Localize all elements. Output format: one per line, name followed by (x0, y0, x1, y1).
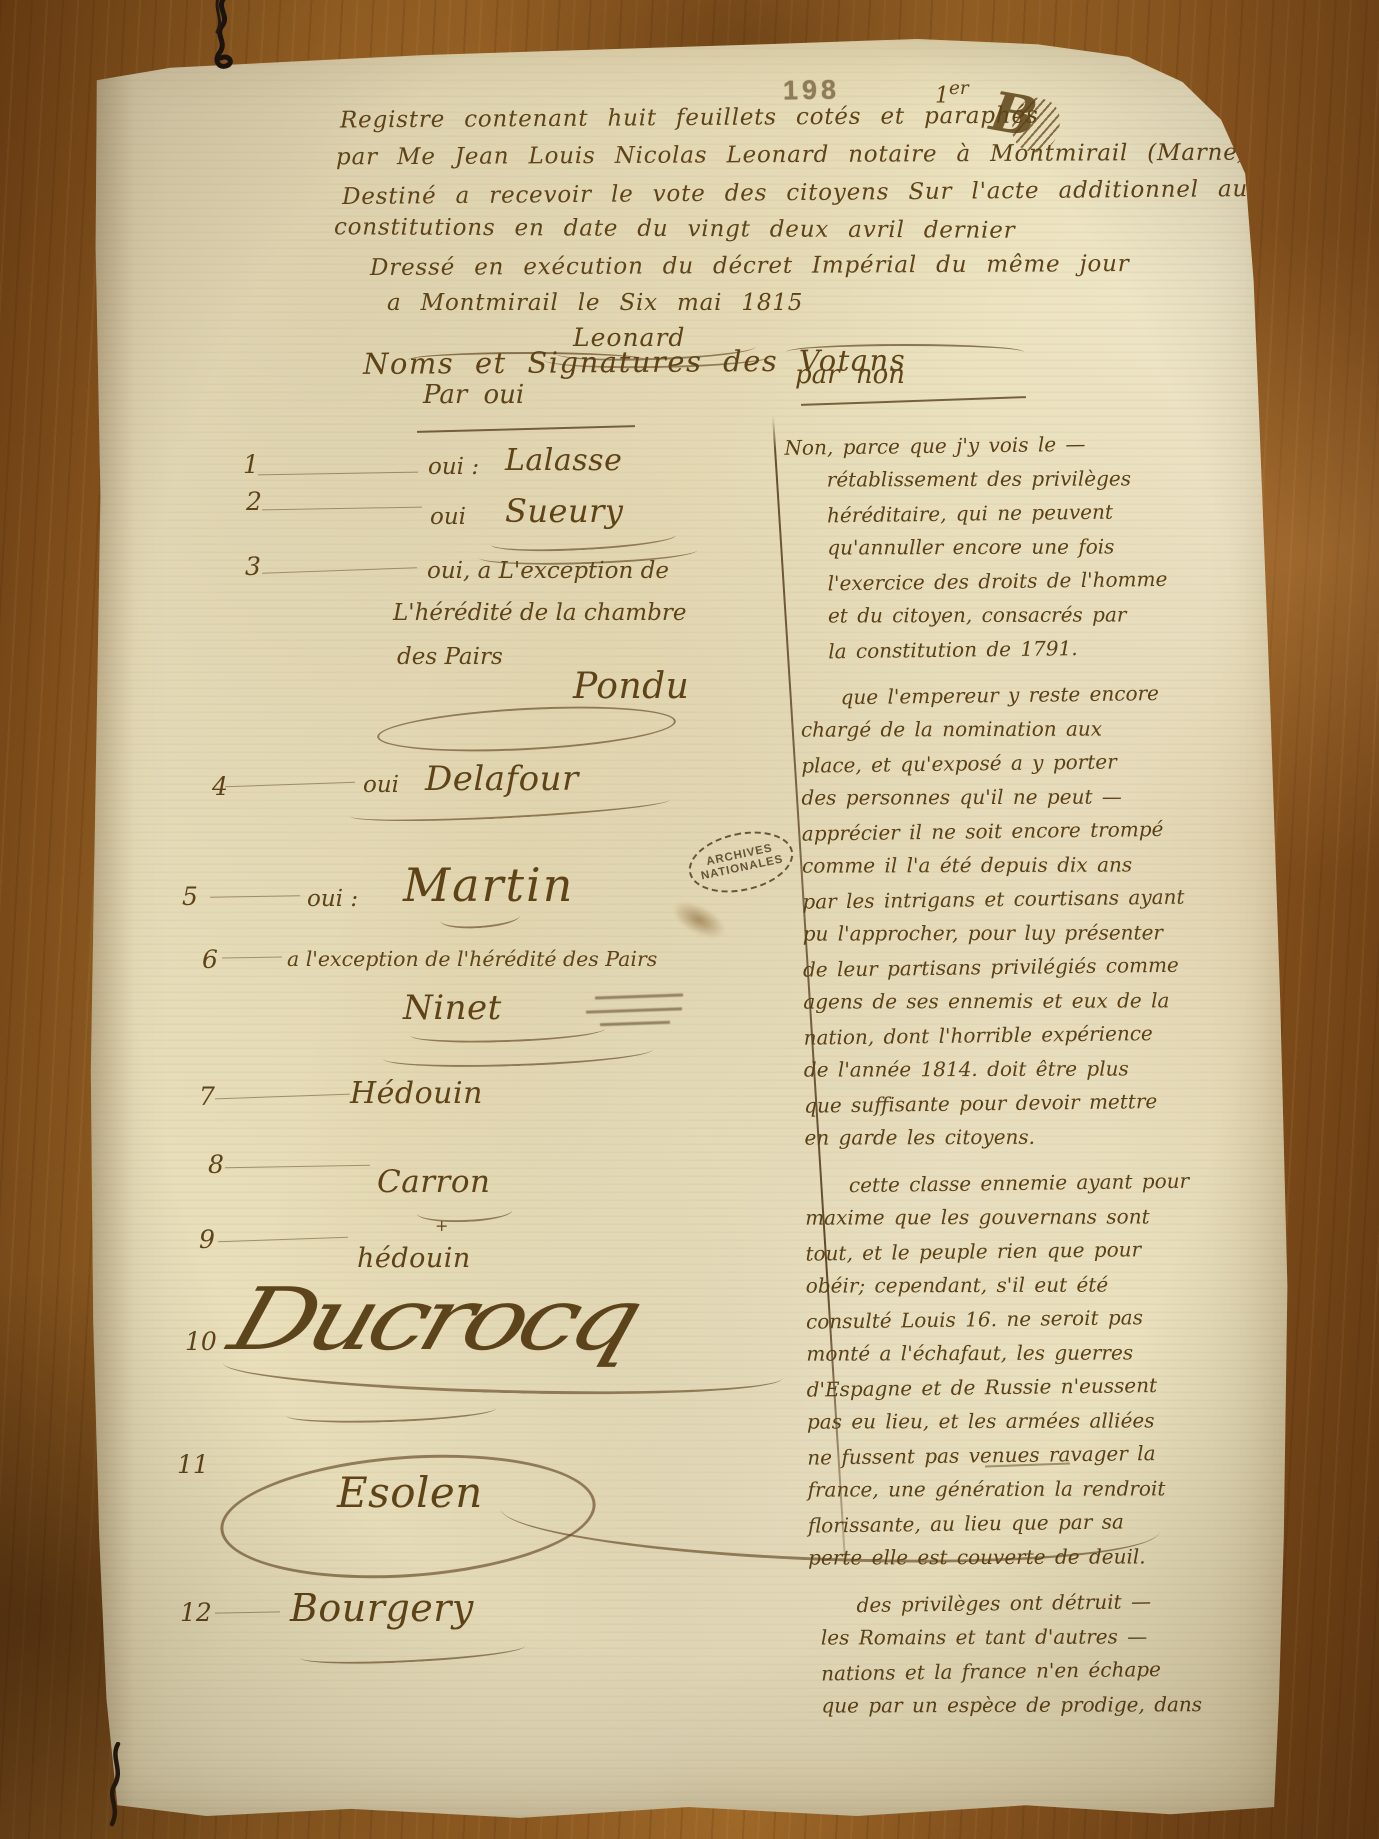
manuscript-line: florissante, au lieu que par sa (808, 1503, 1220, 1542)
archives-nationales-stamp: ARCHIVES NATIONALES (683, 823, 799, 902)
entry-dash (210, 895, 300, 898)
voter-signature: Bourgery (290, 1586, 474, 1630)
manuscript-line: consulté Louis 16. ne seroit pas (806, 1299, 1218, 1338)
voter-signature: Sueury (505, 492, 623, 530)
page-number-stamp: 198 (783, 75, 841, 107)
cross-mark: + (435, 1216, 448, 1235)
manuscript-line: et du citoyen, consacrés par (828, 597, 1212, 632)
non-paragraph: Non, parce que j'y vois le —rétablisseme… (780, 426, 1212, 668)
non-paragraph: cette classe ennemie ayant pourmaxime qu… (787, 1164, 1221, 1576)
vote-text: oui : (428, 454, 479, 480)
voter-signature: Lalasse (505, 443, 622, 478)
manuscript-line: monté a l'échafaut, les guerres (806, 1335, 1218, 1370)
manuscript-line: chargé de la nomination aux (801, 711, 1213, 746)
entry-dash (215, 1611, 280, 1613)
manuscript-line: cette classe ennemie ayant pour (849, 1163, 1217, 1202)
oui-header-flourish (408, 352, 646, 368)
entry-number: 6 (202, 945, 218, 974)
signature-flourish (286, 1398, 497, 1425)
vote-text: oui (430, 504, 466, 530)
entry-number: 3 (245, 552, 261, 581)
manuscript-line: l'exercice des droits de l'homme (827, 561, 1211, 600)
manuscript-line: pas eu lieu, et les armées alliées (807, 1403, 1219, 1438)
oui-column-header: Par oui (423, 380, 524, 410)
binding-thread-bottom-icon (98, 1742, 138, 1828)
header-line: par Me Jean Louis Nicolas Leonard notair… (336, 140, 1248, 171)
oui-header-underline (417, 425, 635, 433)
signature-flourish (417, 1200, 513, 1223)
manuscript-line: de l'année 1814. doit être plus (804, 1051, 1216, 1086)
manuscript-line: perte elle est couverte de deuil. (808, 1539, 1220, 1574)
entry-number: 8 (208, 1150, 224, 1179)
signature-flourish (376, 700, 677, 758)
entry-dash (258, 472, 418, 476)
entry-dash (262, 507, 422, 511)
entry-number: 10 (185, 1327, 217, 1356)
manuscript-line: rétablissement des privilèges (827, 461, 1211, 496)
signature-flourish (223, 1341, 784, 1401)
entry-dash (225, 1165, 370, 1169)
manuscript-line: ne fussent pas venues ravager la (807, 1435, 1219, 1474)
entry-number: 2 (246, 487, 262, 516)
entry-number: 1 (243, 450, 259, 479)
vote-text: des Pairs (397, 644, 503, 670)
voter-signature: Martin (403, 858, 574, 912)
voter-signature: Hédouin (350, 1076, 483, 1111)
voter-signature: Delafour (425, 759, 579, 799)
entry-number: 7 (199, 1082, 215, 1111)
manuscript-line: des personnes qu'il ne peut — (801, 779, 1213, 814)
manuscript-line: qu'annuller encore une fois (827, 529, 1211, 564)
entry-dash (262, 567, 417, 573)
header-line: Dressé en exécution du décret Impérial d… (370, 251, 1130, 281)
manuscript-line: par les intrigans et courtisans ayant (802, 879, 1214, 918)
folio-suffix: er (949, 78, 969, 99)
manuscript-line: place, et qu'exposé a y porter (801, 743, 1213, 782)
entry-number: 11 (177, 1450, 209, 1479)
voter-signature: Carron (377, 1164, 490, 1200)
entry-dash (215, 1094, 350, 1100)
ink-stain (667, 894, 731, 946)
vote-text: a l'exception de l'hérédité des Pairs (287, 947, 657, 971)
smudge-mark (600, 1021, 670, 1026)
voter-signature: Pondu (573, 666, 689, 707)
non-votes-text: Non, parce que j'y vois le —rétablisseme… (780, 426, 1221, 1736)
vote-text: oui (363, 772, 399, 798)
header-line: constitutions en date du vingt deux avri… (334, 214, 1016, 244)
manuscript-line: obéir; cependant, s'il eut été (806, 1267, 1218, 1302)
manuscript-line: que par un espèce de prodige, dans (821, 1687, 1221, 1722)
manuscript-line: de leur partisans privilégiés comme (803, 947, 1215, 986)
non-header-flourish (786, 344, 1024, 360)
vote-text: L'hérédité de la chambre (393, 600, 686, 626)
non-header-underline (801, 396, 1026, 406)
non-paragraph: que l'empereur y reste encorechargé de l… (782, 676, 1216, 1156)
manuscript-line: héréditaire, qui ne peuvent (827, 493, 1211, 532)
manuscript-line: agens de ses ennemis et eux de la (803, 983, 1215, 1018)
entry-dash (222, 956, 282, 958)
manuscript-line: maxime que les gouvernans sont (805, 1199, 1217, 1234)
manuscript-line: en garde les citoyens. (804, 1119, 1216, 1154)
entry-number: 12 (180, 1598, 212, 1627)
entry-number: 5 (182, 882, 198, 911)
manuscript-line: comme il l'a été depuis dix ans (802, 847, 1214, 882)
manuscript-line: d'Espagne et de Russie n'eussent (806, 1367, 1218, 1406)
manuscript-line: pu l'approcher, pour luy présenter (803, 915, 1215, 950)
signature-flourish (300, 1636, 526, 1668)
vote-text: oui : (307, 886, 358, 912)
manuscript-line: des privilèges ont détruit — (856, 1583, 1220, 1622)
manuscript-line: que suffisante pour devoir mettre (804, 1083, 1216, 1122)
manuscript-page: 198 1er B Registre contenant huit feuill… (86, 30, 1291, 1825)
signature-flourish (383, 1037, 654, 1070)
smudge-mark (595, 993, 683, 999)
wooden-desk-background: 198 1er B Registre contenant huit feuill… (0, 0, 1379, 1839)
manuscript-line: apprécier il ne soit encore trompé (802, 811, 1214, 850)
entry-dash (225, 782, 355, 788)
manuscript-line: la constitution de 1791. (828, 629, 1212, 668)
binding-thread-icon (190, 0, 250, 90)
entry-number: 9 (199, 1225, 215, 1254)
manuscript-line: nations et la france n'en échape (821, 1651, 1221, 1690)
header-line: Registre contenant huit feuillets cotés … (340, 103, 1039, 134)
entry-dash (218, 1237, 348, 1243)
non-paragraph: des privilèges ont détruit —les Romains … (790, 1584, 1221, 1724)
manuscript-line: nation, dont l'horrible expérience (803, 1015, 1215, 1054)
manuscript-line: tout, et le peuple rien que pour (805, 1231, 1217, 1270)
non-column-header: par non (795, 360, 905, 390)
manuscript-line: Non, parce que j'y vois le — (784, 425, 1210, 465)
header-line: Destiné a recevoir le vote des citoyens … (342, 176, 1262, 210)
smudge-mark (586, 1007, 682, 1013)
vote-text: oui, a L'exception de (427, 558, 669, 584)
manuscript-line: que l'empereur y reste encore (840, 675, 1212, 714)
manuscript-line: france, une génération la rendroit (808, 1471, 1220, 1506)
manuscript-line: les Romains et tant d'autres — (821, 1619, 1221, 1654)
header-line: a Montmirail le Six mai 1815 (387, 290, 803, 316)
